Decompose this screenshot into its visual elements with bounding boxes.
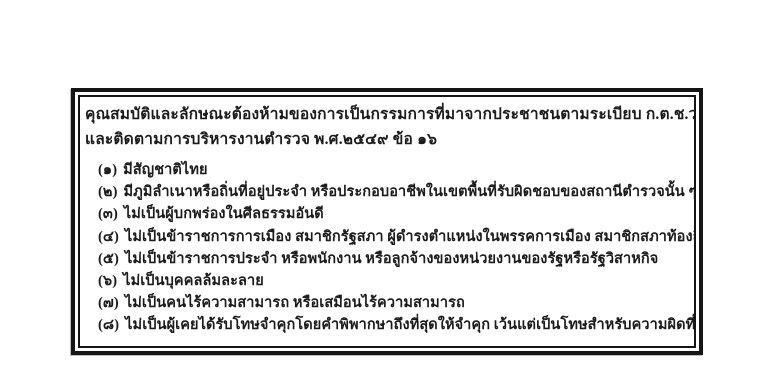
item-number: (๘) xyxy=(98,314,119,336)
notice-box-inner: คุณสมบัติและลักษณะต้องห้ามของการเป็นกรรม… xyxy=(78,95,696,348)
list-item: (๒)มีภูมิลำเนาหรือถิ่นที่อยู่ประจำ หรือป… xyxy=(98,181,686,203)
item-text: มีภูมิลำเนาหรือถิ่นที่อยู่ประจำ หรือประก… xyxy=(124,184,696,200)
item-number: (๓) xyxy=(98,203,118,225)
notice-box: คุณสมบัติและลักษณะต้องห้ามของการเป็นกรรม… xyxy=(71,88,703,355)
notice-heading-line-2: และติดตามการบริหารงานตำรวจ พ.ศ.๒๕๔๙ ข้อ … xyxy=(85,127,686,152)
item-text: ไม่เป็นผู้บกพร่องในศีลธรรมอันดี xyxy=(124,206,324,222)
item-number: (๗) xyxy=(98,292,119,314)
list-item: (๑)มีสัญชาติไทย xyxy=(98,159,686,181)
item-number: (๕) xyxy=(98,248,119,270)
item-text: มีสัญชาติไทย xyxy=(123,162,207,178)
list-item: (๗)ไม่เป็นคนไร้ความสามารถ หรือเสมือนไร้ค… xyxy=(98,292,686,314)
item-text: ไม่เป็นคนไร้ความสามารถ หรือเสมือนไร้ความ… xyxy=(125,295,465,311)
list-item: (๖)ไม่เป็นบุคคลล้มละลาย xyxy=(98,270,686,292)
item-text: ไม่เป็นผู้เคยได้รับโทษจำคุกโดยคำพิพากษาถ… xyxy=(125,317,696,333)
list-item: (๓)ไม่เป็นผู้บกพร่องในศีลธรรมอันดี xyxy=(98,203,686,225)
list-item: (๕)ไม่เป็นข้าราชการประจำ หรือพนักงาน หรื… xyxy=(98,248,686,270)
item-text: ไม่เป็นข้าราชการประจำ หรือพนักงาน หรือลู… xyxy=(125,251,658,267)
item-number: (๒) xyxy=(98,181,118,203)
list-item: (๘)ไม่เป็นผู้เคยได้รับโทษจำคุกโดยคำพิพาก… xyxy=(98,314,686,336)
notice-heading: คุณสมบัติและลักษณะต้องห้ามของการเป็นกรรม… xyxy=(85,102,686,152)
document-page: คุณสมบัติและลักษณะต้องห้ามของการเป็นกรรม… xyxy=(0,0,768,374)
item-text: ไม่เป็นข้าราชการการเมือง สมาชิกรัฐสภา ผู… xyxy=(125,229,696,245)
item-number: (๔) xyxy=(98,226,119,248)
item-text: ไม่เป็นบุคคลล้มละลาย xyxy=(123,273,264,289)
notice-heading-line-1: คุณสมบัติและลักษณะต้องห้ามของการเป็นกรรม… xyxy=(85,102,686,127)
item-number: (๖) xyxy=(98,270,117,292)
item-number: (๑) xyxy=(98,159,117,181)
list-item: (๔)ไม่เป็นข้าราชการการเมือง สมาชิกรัฐสภา… xyxy=(98,226,686,248)
qualification-list: (๑)มีสัญชาติไทย (๒)มีภูมิลำเนาหรือถิ่นที… xyxy=(85,159,686,337)
